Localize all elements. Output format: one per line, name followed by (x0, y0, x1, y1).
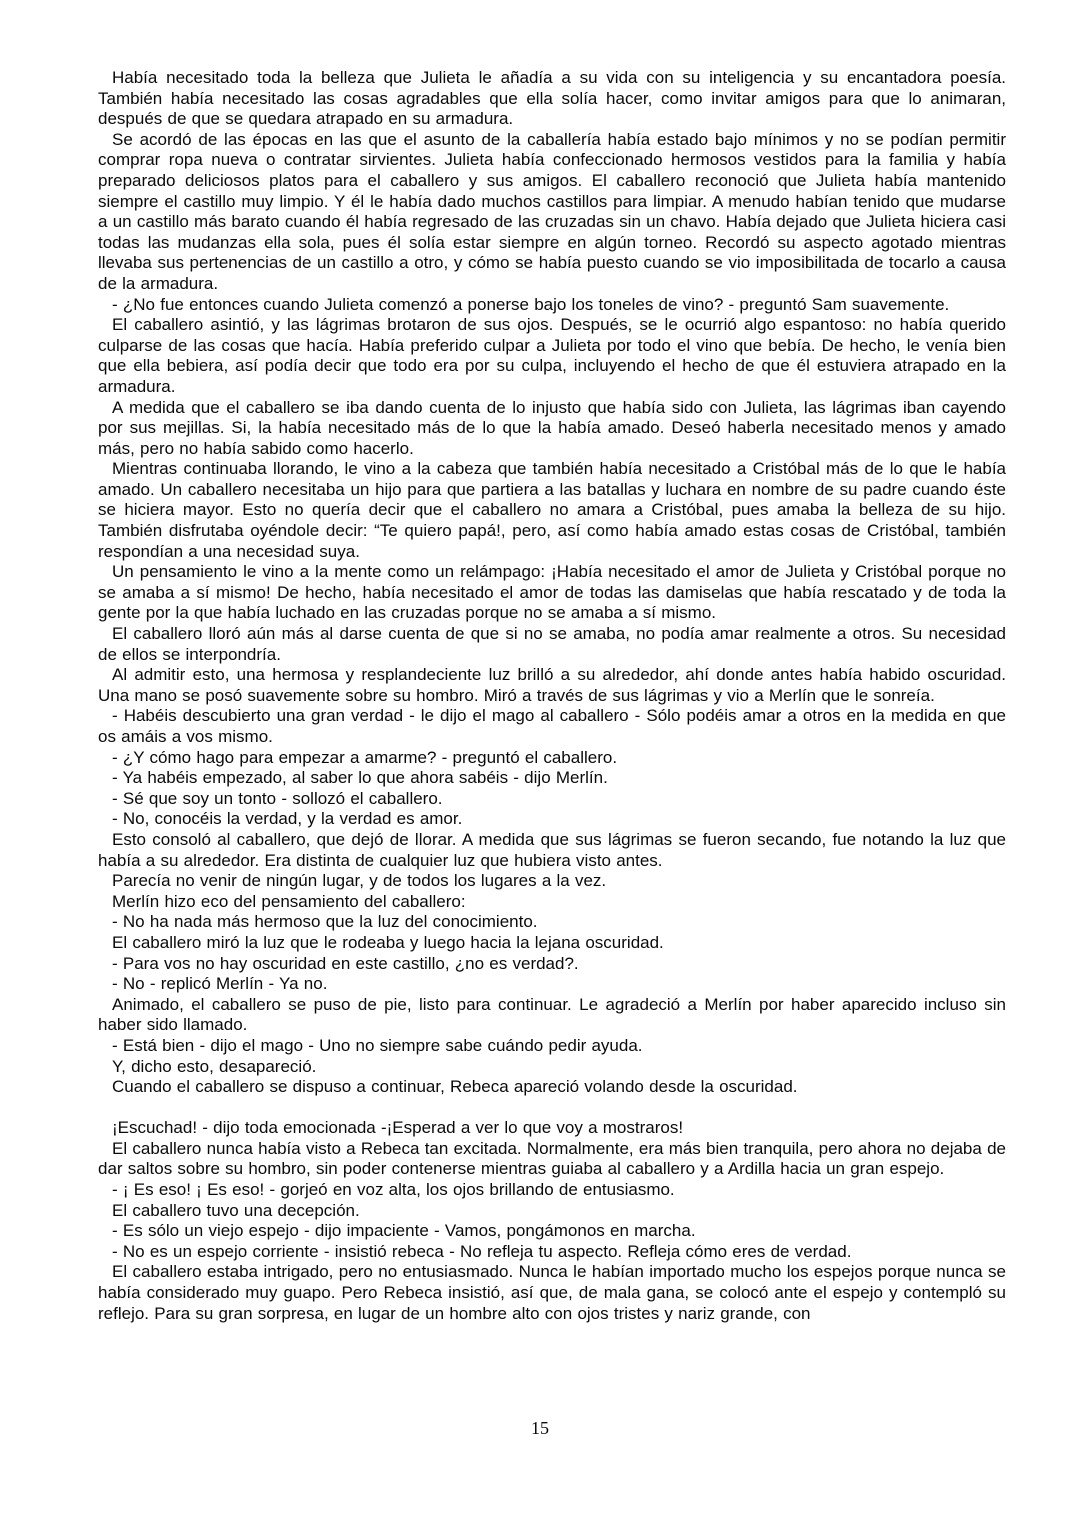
dialogue-paragraph: - ¡ Es eso! ¡ Es eso! - gorjeó en voz al… (98, 1180, 1006, 1201)
dialogue-paragraph: - ¿Y cómo hago para empezar a amarme? - … (98, 748, 1006, 769)
paragraph: El caballero lloró aún más al darse cuen… (98, 624, 1006, 665)
paragraph: Animado, el caballero se puso de pie, li… (98, 995, 1006, 1036)
dialogue-paragraph: - No, conocéis la verdad, y la verdad es… (98, 809, 1006, 830)
paragraph: El caballero miró la luz que le rodeaba … (98, 933, 1006, 954)
paragraph: El caballero estaba intrigado, pero no e… (98, 1262, 1006, 1324)
dialogue-paragraph: - ¿No fue entonces cuando Julieta comenz… (98, 295, 1006, 316)
paragraph: Al admitir esto, una hermosa y resplande… (98, 665, 1006, 706)
paragraph: Esto consoló al caballero, que dejó de l… (98, 830, 1006, 871)
paragraph: Merlín hizo eco del pensamiento del caba… (98, 892, 1006, 913)
paragraph: A medida que el caballero se iba dando c… (98, 398, 1006, 460)
dialogue-paragraph: - Para vos no hay oscuridad en este cast… (98, 954, 1006, 975)
dialogue-paragraph: - Está bien - dijo el mago - Uno no siem… (98, 1036, 1006, 1057)
paragraph: Parecía no venir de ningún lugar, y de t… (98, 871, 1006, 892)
dialogue-paragraph: - No - replicó Merlín - Ya no. (98, 974, 1006, 995)
dialogue-paragraph: ¡Escuchad! - dijo toda emocionada -¡Espe… (98, 1118, 1006, 1139)
paragraph: Mientras continuaba llorando, le vino a … (98, 459, 1006, 562)
dialogue-paragraph: - Es sólo un viejo espejo - dijo impacie… (98, 1221, 1006, 1242)
paragraph: El caballero nunca había visto a Rebeca … (98, 1139, 1006, 1180)
document-page: Había necesitado toda la belleza que Jul… (0, 0, 1080, 1528)
text-column: Había necesitado toda la belleza que Jul… (98, 68, 1006, 1324)
page-footer: 15 (0, 1418, 1080, 1439)
dialogue-paragraph: - Sé que soy un tonto - sollozó el cabal… (98, 789, 1006, 810)
dialogue-paragraph: - Ya habéis empezado, al saber lo que ah… (98, 768, 1006, 789)
dialogue-paragraph: - No ha nada más hermoso que la luz del … (98, 912, 1006, 933)
paragraph: Se acordó de las épocas en las que el as… (98, 130, 1006, 295)
dialogue-paragraph: - Habéis descubierto una gran verdad - l… (98, 706, 1006, 747)
paragraph: El caballero asintió, y las lágrimas bro… (98, 315, 1006, 397)
page-number: 15 (531, 1418, 549, 1438)
paragraph: Había necesitado toda la belleza que Jul… (98, 68, 1006, 130)
paragraph: Un pensamiento le vino a la mente como u… (98, 562, 1006, 624)
paragraph: Cuando el caballero se dispuso a continu… (98, 1077, 1006, 1098)
paragraph: Y, dicho esto, desapareció. (98, 1057, 1006, 1078)
paragraph: El caballero tuvo una decepción. (98, 1201, 1006, 1222)
dialogue-paragraph: - No es un espejo corriente - insistió r… (98, 1242, 1006, 1263)
